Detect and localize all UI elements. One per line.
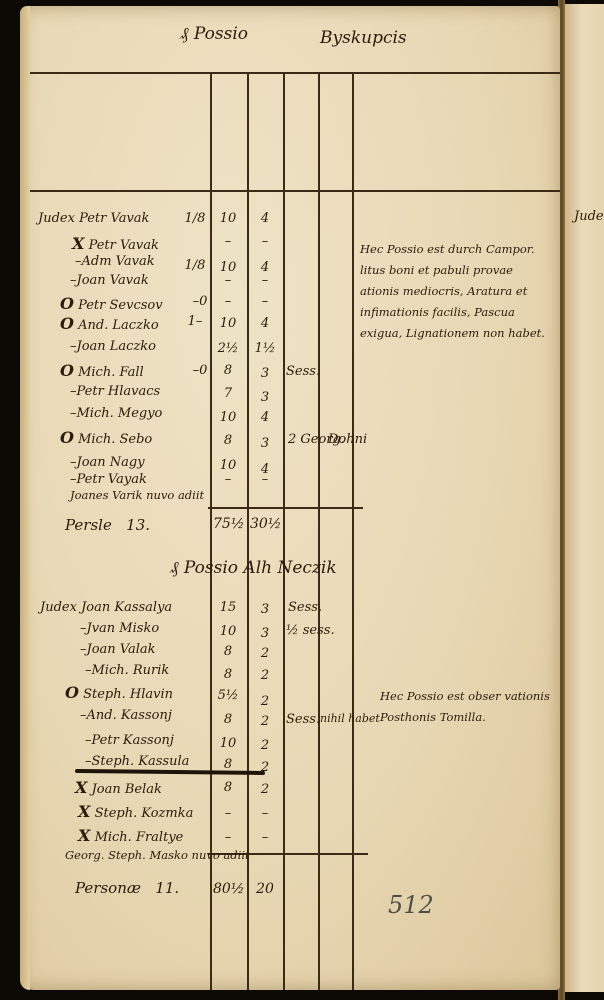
s2-row-5-col1: 5½ <box>213 688 243 703</box>
next-page-edge: Jude <box>564 4 604 992</box>
section-2-title: ₰ Possio Alh Neczik <box>170 558 337 578</box>
strikethrough-scribble <box>75 769 265 775</box>
s2-row-9-col1: 8 <box>213 780 243 795</box>
s2-row-1-col2: 3 <box>250 602 280 617</box>
s2-row-1-col1: 15 <box>213 600 243 615</box>
s2-row-6-col2: 2 <box>250 714 280 729</box>
s2-row-10-col2: – <box>250 806 280 821</box>
section-1-total-label: Persle 13. <box>65 516 150 534</box>
s2-row-4-name: –Mich. Rurik <box>85 663 169 678</box>
s2-row-5-col2: 2 <box>250 694 280 709</box>
s2-row-1-name: Judex Joan Kassalya <box>40 600 172 615</box>
row-10-name: –Mich. Megyo <box>70 406 162 421</box>
section-rule <box>30 190 560 192</box>
row-3-mark: 1/8 <box>180 258 210 273</box>
s2-row-4-col2: 2 <box>250 668 280 683</box>
page-title-right: Byskupcis <box>320 28 407 48</box>
row-10-col1: 10 <box>213 410 243 425</box>
row-14-name: Joanes Varik nuvo adiit <box>70 488 204 502</box>
s2-row-10-name: X Steph. Kozmka <box>78 802 193 821</box>
row-9-name: –Petr Hlavacs <box>70 384 160 399</box>
row-9-col2: 3 <box>250 390 280 405</box>
row-5-col1: – <box>213 294 243 309</box>
row-10-col2: 4 <box>250 410 280 425</box>
row-4-col1: – <box>213 273 243 288</box>
s2-row-3-col1: 8 <box>213 644 243 659</box>
row-2-col2: – <box>250 234 280 249</box>
header-rule <box>30 72 560 74</box>
s2-row-9-name: X Joan Belak <box>75 778 162 797</box>
row-9-col1: 7 <box>213 386 243 401</box>
column-rule-4 <box>318 72 320 990</box>
s2-row-2-name: –Jvan Misko <box>80 621 159 636</box>
row-1-mark: 1/8 <box>180 211 210 226</box>
column-rule-5 <box>352 72 354 990</box>
row-12-col1: 10 <box>213 458 243 473</box>
page-title-left: ₰ Possio <box>180 24 248 44</box>
row-7-name: –Joan Laczko <box>70 339 156 354</box>
s2-row-1-col3: Sess. <box>288 600 322 615</box>
s2-row-6-col4: nihil habet <box>320 712 380 725</box>
s2-row-10-col1: – <box>213 806 243 821</box>
page-number-pencil: 512 <box>388 891 434 919</box>
row-8-name: O Mich. Fall <box>60 361 144 380</box>
row-8-col2: 3 <box>250 366 280 381</box>
row-11-col1: 8 <box>213 433 243 448</box>
row-11-col4: Dohni <box>328 432 367 447</box>
next-page-header-fragment: Jude <box>574 209 604 224</box>
row-1-name: Judex Petr Vavak <box>38 211 149 226</box>
s2-row-2-col2: 3 <box>250 626 280 641</box>
s2-row-4-col1: 8 <box>213 667 243 682</box>
row-1-col1: 10 <box>213 211 243 226</box>
row-5-col2: – <box>250 294 280 309</box>
row-3-name: –Adm Vavak <box>75 254 155 269</box>
row-6-col1: 10 <box>213 316 243 331</box>
row-6-mark: 1– <box>180 314 210 329</box>
total-rule-1 <box>208 507 363 509</box>
s2-row-6-name: –And. Kassonj <box>80 708 172 723</box>
row-8-mark: –0 <box>185 363 215 378</box>
s2-row-7-col2: 2 <box>250 738 280 753</box>
row-5-mark: –0 <box>185 294 215 309</box>
section-mark-icon: ₰ <box>180 24 194 44</box>
section-1-total-col2: 30½ <box>250 516 280 532</box>
s2-row-11-name: X Mich. Fraltye <box>78 826 183 845</box>
s2-row-8-name: –Steph. Kassula <box>85 754 189 769</box>
row-4-col2: – <box>250 273 280 288</box>
section-mark-icon: ₰ <box>170 558 184 578</box>
row-11-col2: 3 <box>250 436 280 451</box>
section-2-note: Hec Possio est obser vationis Posthonis … <box>380 686 550 728</box>
s2-row-7-col1: 10 <box>213 736 243 751</box>
s2-row-2-col1: 10 <box>213 624 243 639</box>
s2-row-7-name: –Petr Kassonj <box>85 733 174 748</box>
row-6-name: O And. Laczko <box>60 314 159 333</box>
s2-row-9-col2: 2 <box>250 782 280 797</box>
row-7-col1: 2½ <box>213 341 243 356</box>
section-2-total-label: Personæ 11. <box>75 879 179 897</box>
column-rule-3 <box>283 72 285 990</box>
row-11-name: O Mich. Sebo <box>60 428 152 447</box>
s2-row-11-col2: – <box>250 830 280 845</box>
row-6-col2: 4 <box>250 316 280 331</box>
section-1-note: Hec Possio est durch Campor. litus boni … <box>360 239 550 344</box>
ledger-page: ₰ Possio Byskupcis Judex Petr Vavak 1/8 … <box>20 6 560 990</box>
s2-row-5-name: O Steph. Hlavin <box>65 683 173 702</box>
row-8-col3: Sess. <box>286 364 320 379</box>
row-1-col2: 4 <box>250 211 280 226</box>
s2-row-12-name: Georg. Steph. Masko nuvo adiit <box>65 848 250 862</box>
section-2-total-col2: 20 <box>250 881 280 897</box>
row-13-col2: – <box>250 472 280 487</box>
s2-row-3-name: –Joan Valak <box>80 642 156 657</box>
row-5-name: O Petr Sevcsov <box>60 294 163 313</box>
s2-row-6-col3: Sess. <box>286 712 320 727</box>
row-13-col1: – <box>213 472 243 487</box>
s2-row-3-col2: 2 <box>250 646 280 661</box>
row-12-name: –Joan Nagy <box>70 455 145 470</box>
row-7-col2: 1½ <box>250 341 280 356</box>
row-4-name: –Joan Vavak <box>70 273 149 288</box>
section-2-total-col1: 80½ <box>213 881 243 897</box>
s2-row-2-col3: ½ sess. <box>286 623 335 638</box>
row-13-name: –Petr Vayak <box>70 472 147 487</box>
s2-row-6-col1: 8 <box>213 712 243 727</box>
row-2-col1: – <box>213 234 243 249</box>
section-1-total-col1: 75½ <box>213 516 243 532</box>
row-2-name: X Petr Vavak <box>72 234 159 253</box>
s2-row-11-col1: – <box>213 830 243 845</box>
row-8-col1: 8 <box>213 363 243 378</box>
